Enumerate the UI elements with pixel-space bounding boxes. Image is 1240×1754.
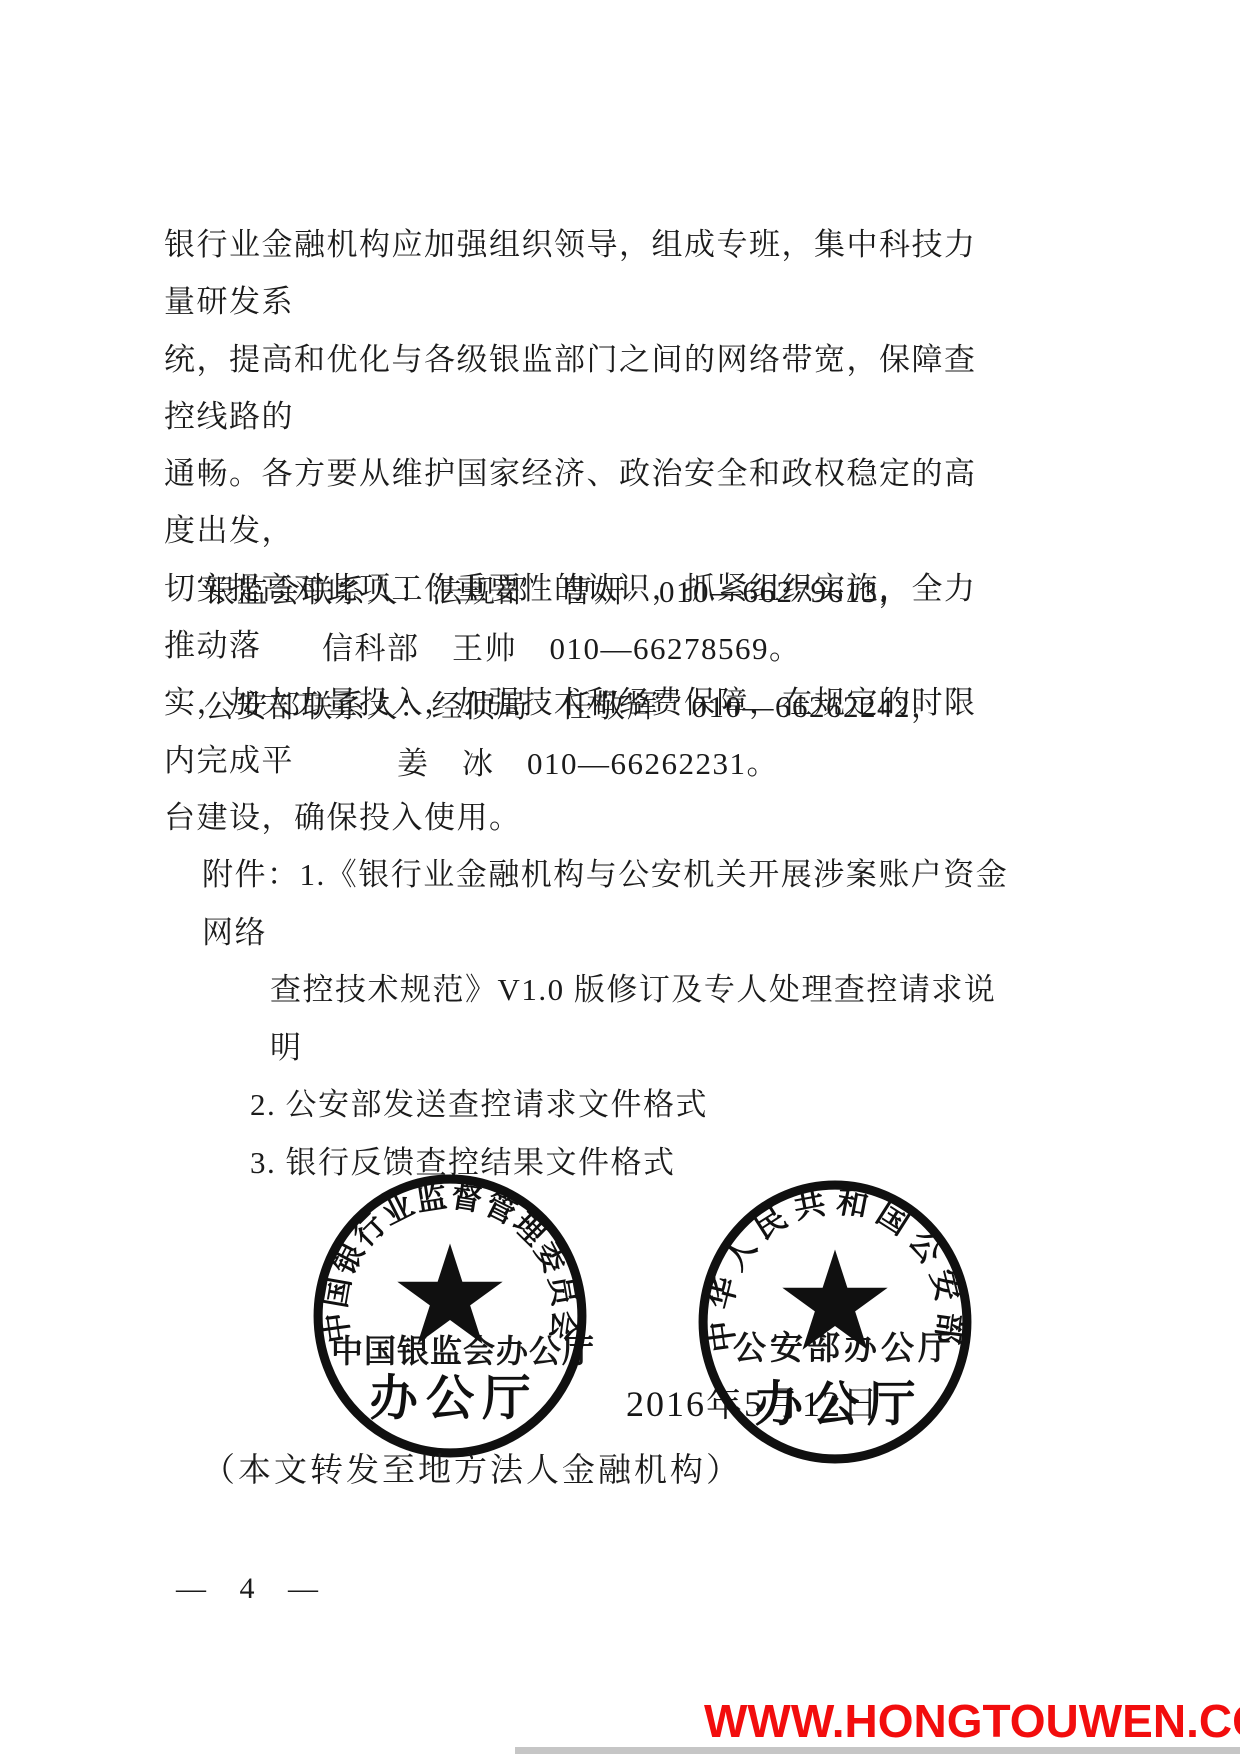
star-icon <box>782 1250 887 1350</box>
seal-bottom-text: 办公厅 <box>754 1378 923 1432</box>
distribution-note: （本文转发至地方法人金融机构） <box>202 1444 742 1491</box>
contact-section: 银监会联系人：法规部 曹妍 010—66279613， 信科部 王帅 010—6… <box>164 563 1004 792</box>
attachment-line: 明 <box>270 1019 1024 1077</box>
contact-line-cbrc-2: 信科部 王帅 010—66278569。 <box>322 620 1004 677</box>
official-seal-mps: 中华人民共和国公安部 办公厅 <box>694 1176 976 1468</box>
page-number: — 4 — <box>176 1572 320 1606</box>
official-seal-cbrc: 中国银行业监督管理委员会 办公厅 <box>309 1170 591 1462</box>
attachment-line: 查控技术规范》V1.0 版修订及专人处理查控请求说 <box>270 961 1024 1019</box>
document-page: 银行业金融机构应加强组织领导，组成专班，集中科技力量研发系 统，提高和优化与各级… <box>0 0 1240 1754</box>
seal-bottom-text: 办公厅 <box>369 1372 538 1426</box>
contact-line-mps-2: 姜 冰 010—66262231。 <box>397 735 1004 792</box>
contact-line-cbrc: 银监会联系人：法规部 曹妍 010—66279613， <box>204 563 1004 620</box>
attachment-section: 附件：1.《银行业金融机构与公安机关开展涉案账户资金网络 查控技术规范》V1.0… <box>164 846 1024 1191</box>
star-icon <box>397 1244 502 1344</box>
contact-line-mps: 公安部联系人：经侦局 任敬辉 010—66262242， <box>204 678 1004 735</box>
seal-graphic: 中国银行业监督管理委员会 办公厅 <box>309 1170 591 1462</box>
body-line: 银行业金融机构应加强组织领导，组成专班，集中科技力量研发系 <box>164 216 1004 331</box>
body-line: 通畅。各方要从维护国家经济、政治安全和政权稳定的高度出发， <box>164 445 1004 560</box>
attachment-line: 附件：1.《银行业金融机构与公安机关开展涉案账户资金网络 <box>202 846 1024 961</box>
body-line: 统，提高和优化与各级银监部门之间的网络带宽，保障查控线路的 <box>164 331 1004 446</box>
attachment-line: 2. 公安部发送查控请求文件格式 <box>250 1076 1024 1134</box>
scan-artifact-strip <box>515 1747 1240 1754</box>
body-line: 台建设，确保投入使用。 <box>164 789 1004 846</box>
watermark: WWW.HONGTOUWEN.COM <box>704 1694 1240 1748</box>
seal-graphic: 中华人民共和国公安部 办公厅 <box>694 1176 976 1468</box>
